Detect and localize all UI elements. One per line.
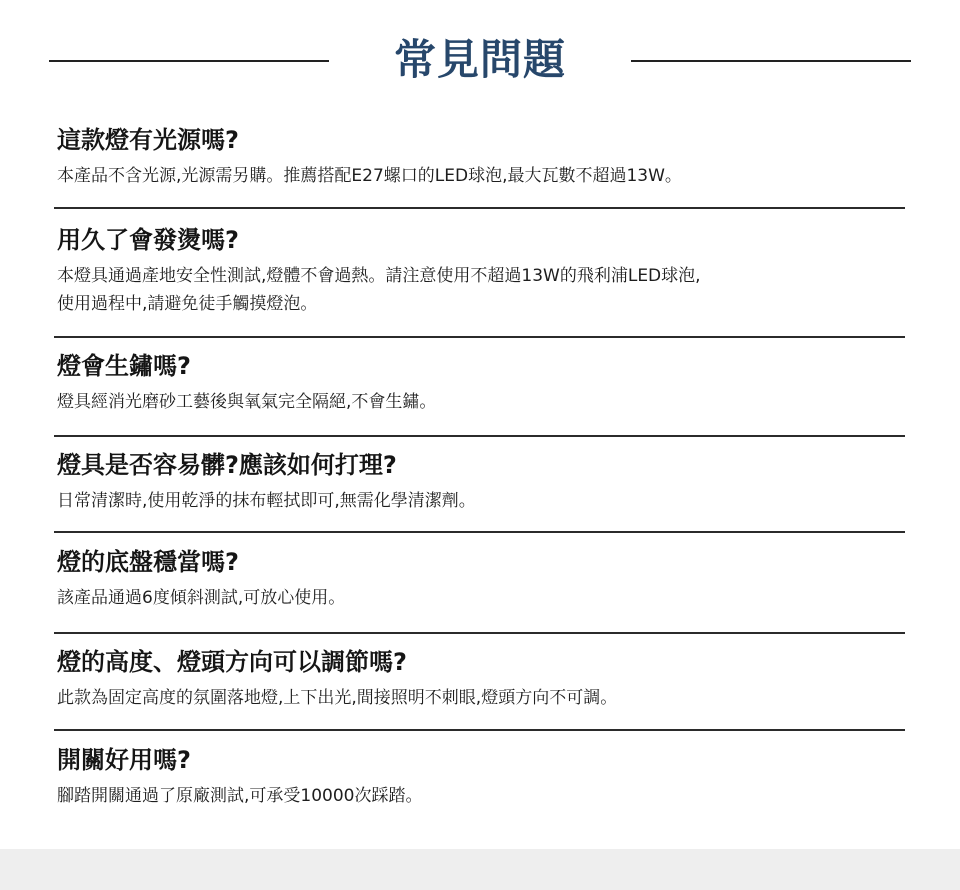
header-rule-right xyxy=(631,60,911,62)
faq-item: 燈會生鏽嗎? 燈具經消光磨砂工藝後與氧氣完全隔絕,不會生鏽。 xyxy=(57,350,905,416)
faq-question: 燈會生鏽嗎? xyxy=(57,350,905,382)
faq-answer-line: 本燈具通過產地安全性測試,燈體不會過熱。請注意使用不超過13W的飛利浦LED球泡… xyxy=(57,262,905,290)
faq-item: 燈具是否容易髒?應該如何打理? 日常清潔時,使用乾淨的抹布輕拭即可,無需化學清潔… xyxy=(57,449,905,515)
faq-question: 用久了會發燙嗎? xyxy=(57,224,905,256)
faq-answer: 本產品不含光源,光源需另購。推薦搭配E27螺口的LED球泡,最大瓦數不超過13W… xyxy=(57,162,905,190)
faq-question: 開關好用嗎? xyxy=(57,744,905,776)
faq-item: 開關好用嗎? 腳踏開關通過了原廠測試,可承受10000次踩踏。 xyxy=(57,744,905,810)
faq-item: 燈的高度、燈頭方向可以調節嗎? 此款為固定高度的氛圍落地燈,上下出光,間接照明不… xyxy=(57,646,905,712)
faq-answer: 日常清潔時,使用乾淨的抹布輕拭即可,無需化學清潔劑。 xyxy=(57,487,905,515)
divider xyxy=(54,336,905,338)
divider xyxy=(54,632,905,634)
divider xyxy=(54,531,905,533)
divider xyxy=(54,435,905,437)
divider xyxy=(54,207,905,209)
faq-question: 燈的底盤穩當嗎? xyxy=(57,546,905,578)
faq-item: 這款燈有光源嗎? 本產品不含光源,光源需另購。推薦搭配E27螺口的LED球泡,最… xyxy=(57,124,905,190)
faq-answer-line: 使用過程中,請避免徒手觸摸燈泡。 xyxy=(57,290,905,318)
footer-band xyxy=(0,849,960,890)
faq-question: 這款燈有光源嗎? xyxy=(57,124,905,156)
faq-answer: 本燈具通過產地安全性測試,燈體不會過熱。請注意使用不超過13W的飛利浦LED球泡… xyxy=(57,262,905,318)
faq-answer: 此款為固定高度的氛圍落地燈,上下出光,間接照明不刺眼,燈頭方向不可調。 xyxy=(57,684,905,712)
faq-question: 燈的高度、燈頭方向可以調節嗎? xyxy=(57,646,905,678)
faq-answer: 燈具經消光磨砂工藝後與氧氣完全隔絕,不會生鏽。 xyxy=(57,388,905,416)
faq-answer: 腳踏開關通過了原廠測試,可承受10000次踩踏。 xyxy=(57,782,905,810)
faq-question: 燈具是否容易髒?應該如何打理? xyxy=(57,449,905,481)
divider xyxy=(54,729,905,731)
faq-item: 燈的底盤穩當嗎? 該產品通過6度傾斜測試,可放心使用。 xyxy=(57,546,905,612)
faq-header: 常見問題 xyxy=(0,0,960,120)
faq-answer: 該產品通過6度傾斜測試,可放心使用。 xyxy=(57,584,905,612)
faq-item: 用久了會發燙嗎? 本燈具通過產地安全性測試,燈體不會過熱。請注意使用不超過13W… xyxy=(57,224,905,318)
